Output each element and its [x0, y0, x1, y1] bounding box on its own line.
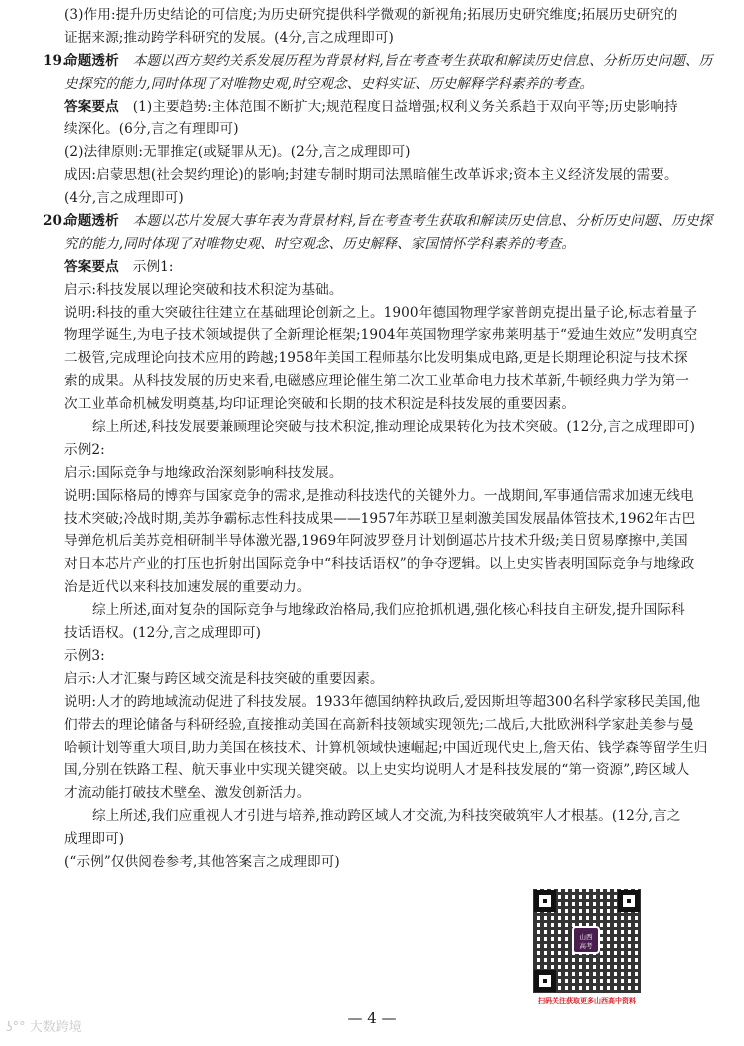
text-line: 治是近代以来科技加速发展的重要动力。 — [64, 576, 704, 599]
line-text: 示例2: — [64, 442, 105, 458]
qr-logo-line1: 山西 — [574, 933, 598, 942]
text-line: 成理即可) — [64, 828, 704, 851]
line-text: 哈顿计划等重大项目,助力美国在核技术、计算机领域快速崛起;中国近现代史上,詹天佑… — [64, 740, 707, 756]
qr-code[interactable]: 山西 高考 — [530, 886, 644, 996]
line-text: (“示例”仅供阅卷参考,其他答案言之成理即可) — [64, 854, 340, 870]
line-text: 对日本芯片产业的打压也折射出国际竞争中“科技话语权”的争夺逻辑。以上史实皆表明国… — [64, 556, 694, 572]
text-line: 成因:启蒙思想(社会契约理论)的影响;封建专制时期司法黑暗催生改革诉求;资本主义… — [64, 164, 704, 187]
line-text: (2)法律原则:无罪推定(或疑罪从无)。(2分,言之成理即可) — [64, 144, 411, 160]
line-text: 示例3: — [64, 648, 105, 664]
section-label: 命题透析 — [64, 213, 119, 229]
text-line: 启示:人才汇聚与跨区域交流是科技突破的重要因素。 — [64, 668, 704, 691]
line-text: 启示:科技发展以理论突破和技术积淀为基础。 — [64, 282, 343, 298]
section-label: 命题透析 — [64, 53, 119, 69]
line-text: 物理学诞生,为电子技术领域提供了全新理论框架;1904年英国物理学家弗莱明基于“… — [64, 327, 697, 343]
text-line: 19.命题透析本题以西方契约关系发展历程为背景材料,旨在考查考生获取和解读历史信… — [64, 50, 704, 73]
line-text: 说明:人才的跨地域流动促进了科技发展。1933年德国纳粹执政后,爱因斯坦等超30… — [64, 694, 700, 710]
text-line: 次工业革命机械发明奠基,均印证理论突破和长期的技术积淀是科技发展的重要因素。 — [64, 393, 704, 416]
text-line: (2)法律原则:无罪推定(或疑罪从无)。(2分,言之成理即可) — [64, 141, 704, 164]
line-text: 技话语权。(12分,言之成理即可) — [64, 625, 261, 641]
section-label: 答案要点 — [64, 259, 119, 275]
qr-caption: 扫码关注获取更多山西高中资料 — [526, 996, 648, 1006]
text-line: (3)作用:提升历史结论的可信度;为历史研究提供科学微观的新视角;拓展历史研究维… — [64, 4, 704, 27]
line-text: (3)作用:提升历史结论的可信度;为历史研究提供科学微观的新视角;拓展历史研究维… — [64, 7, 677, 23]
text-line: 说明:科技的重大突破往往建立在基础理论创新之上。1900年德国物理学家普朗克提出… — [64, 302, 704, 325]
qr-finder-bottom-left — [534, 970, 556, 992]
text-line: 20.命题透析本题以芯片发展大事年表为背景材料,旨在考查考生获取和解读历史信息、… — [64, 210, 704, 233]
text-line: 索的成果。从科技发展的历史来看,电磁感应理论催生第二次工业革命电力技术革新,牛顿… — [64, 370, 704, 393]
line-text: 启示:国际竞争与地缘政治深刻影响科技发展。 — [64, 465, 343, 481]
line-text: 综上所述,面对复杂的国际竞争与地缘政治格局,我们应抢抓机遇,强化核心科技自主研发… — [92, 602, 685, 618]
text-line: (4分,言之成理即可) — [64, 187, 704, 210]
line-text: 导弹危机后美苏竞相研制半导体激光器,1969年阿波罗登月计划倒逼芯片技术升级;美… — [64, 533, 688, 549]
text-line: 综上所述,面对复杂的国际竞争与地缘政治格局,我们应抢抓机遇,强化核心科技自主研发… — [64, 599, 704, 622]
line-text: 综上所述,科技发展要兼顾理论突破与技术积淀,推动理论成果转化为技术突破。(12分… — [92, 419, 695, 435]
line-text: 续深化。(6分,言之有理即可) — [64, 121, 239, 137]
line-text: 说明:科技的重大突破往往建立在基础理论创新之上。1900年德国物理学家普朗克提出… — [64, 305, 697, 321]
text-line: 技术突破;冷战时期,美苏争霸标志性科技成果——1957年苏联卫星刺激美国发展晶体… — [64, 508, 704, 531]
text-line: 续深化。(6分,言之有理即可) — [64, 118, 704, 141]
exam-answer-page: (3)作用:提升历史结论的可信度;为历史研究提供科学微观的新视角;拓展历史研究维… — [0, 0, 744, 1046]
text-line: 史探究的能力,同时体现了对唯物史观,时空观念、史料实证、历史解释学科素养的考查。 — [64, 73, 704, 96]
text-line: 物理学诞生,为电子技术领域提供了全新理论框架;1904年英国物理学家弗莱明基于“… — [64, 324, 704, 347]
text-line: 说明:国际格局的博弈与国家竞争的需求,是推动科技迭代的关键外力。一战期间,军事通… — [64, 485, 704, 508]
line-text: (4分,言之成理即可) — [64, 190, 184, 206]
text-line: 对日本芯片产业的打压也折射出国际竞争中“科技话语权”的争夺逻辑。以上史实皆表明国… — [64, 553, 704, 576]
text-line: 综上所述,科技发展要兼顾理论突破与技术积淀,推动理论成果转化为技术突破。(12分… — [64, 416, 704, 439]
text-line: 证据来源;推动跨学科研究的发展。(4分,言之成理即可) — [64, 27, 704, 50]
line-text: 成因:启蒙思想(社会契约理论)的影响;封建专制时期司法黑暗催生改革诉求;资本主义… — [64, 167, 678, 183]
line-text: 才流动能打破技术壁垒、激发创新活力。 — [64, 785, 311, 801]
line-text: 证据来源;推动跨学科研究的发展。(4分,言之成理即可) — [64, 30, 394, 46]
line-text: (1)主要趋势:主体范围不断扩大;规范程度日益增强;权利义务关系趋于双向平等;历… — [133, 99, 678, 115]
text-line: 综上所述,我们应重视人才引进与培养,推动跨区域人才交流,为科技突破筑牢人才根基。… — [64, 805, 704, 828]
qr-finder-top-right — [618, 890, 640, 912]
text-line: 们带去的理论储备与科研经验,直接推动美国在高新科技领域实现领先;二战后,大批欧洲… — [64, 714, 704, 737]
text-line: 导弹危机后美苏竞相研制半导体激光器,1969年阿波罗登月计划倒逼芯片技术升级;美… — [64, 530, 704, 553]
line-text: 治是近代以来科技加速发展的重要动力。 — [64, 579, 311, 595]
line-text: 国,分别在铁路工程、航天事业中实现关键突破。以上史实均说明人才是科技发展的“第一… — [64, 762, 689, 778]
watermark-logo: ʖ°° 大数跨境 — [6, 1016, 82, 1035]
text-line: 二极管,完成理论向技术应用的跨越;1958年美国工程师基尔比发明集成电路,更是长… — [64, 347, 704, 370]
watermark-text: 大数跨境 — [30, 1020, 82, 1035]
text-line: 示例3: — [64, 645, 704, 668]
text-line: 技话语权。(12分,言之成理即可) — [64, 622, 704, 645]
text-line: 启示:科技发展以理论突破和技术积淀为基础。 — [64, 279, 704, 302]
text-line: 答案要点示例1: — [64, 256, 704, 279]
watermark-icon: ʖ°° — [6, 1020, 26, 1035]
answer-content: (3)作用:提升历史结论的可信度;为历史研究提供科学微观的新视角;拓展历史研究维… — [64, 4, 704, 874]
line-text: 启示:人才汇聚与跨区域交流是科技突破的重要因素。 — [64, 671, 384, 687]
text-line: 才流动能打破技术壁垒、激发创新活力。 — [64, 782, 704, 805]
question-number: 20. — [43, 210, 67, 233]
text-line: 国,分别在铁路工程、航天事业中实现关键突破。以上史实均说明人才是科技发展的“第一… — [64, 759, 704, 782]
text-line: 答案要点(1)主要趋势:主体范围不断扩大;规范程度日益增强;权利义务关系趋于双向… — [64, 96, 704, 119]
line-text: 次工业革命机械发明奠基,均印证理论突破和长期的技术积淀是科技发展的重要因素。 — [64, 396, 575, 412]
line-text: 们带去的理论储备与科研经验,直接推动美国在高新科技领域实现领先;二战后,大批欧洲… — [64, 717, 694, 733]
line-text: 索的成果。从科技发展的历史来看,电磁感应理论催生第二次工业革命电力技术革新,牛顿… — [64, 373, 689, 389]
page-number: — 4 — — [0, 1009, 744, 1027]
question-number: 19. — [43, 50, 67, 73]
text-line: 哈顿计划等重大项目,助力美国在核技术、计算机领域快速崛起;中国近现代史上,詹天佑… — [64, 737, 704, 760]
line-text: 成理即可) — [64, 831, 124, 847]
line-text: 本题以芯片发展大事年表为背景材料,旨在考查考生获取和解读历史信息、分析历史问题、… — [133, 213, 713, 229]
line-text: 本题以西方契约关系发展历程为背景材料,旨在考查考生获取和解读历史信息、分析历史问… — [133, 53, 713, 69]
line-text: 示例1: — [133, 259, 174, 275]
line-text: 说明:国际格局的博弈与国家竞争的需求,是推动科技迭代的关键外力。一战期间,军事通… — [64, 488, 694, 504]
line-text: 二极管,完成理论向技术应用的跨越;1958年美国工程师基尔比发明集成电路,更是长… — [64, 350, 688, 366]
qr-logo-badge: 山西 高考 — [572, 926, 600, 954]
qr-logo-line2: 高考 — [574, 942, 598, 951]
text-line: 究的能力,同时体现了对唯物史观、时空观念、历史解释、家国情怀学科素养的考查。 — [64, 233, 704, 256]
line-text: 综上所述,我们应重视人才引进与培养,推动跨区域人才交流,为科技突破筑牢人才根基。… — [92, 808, 680, 824]
line-text: 技术突破;冷战时期,美苏争霸标志性科技成果——1957年苏联卫星刺激美国发展晶体… — [64, 511, 695, 527]
text-line: 启示:国际竞争与地缘政治深刻影响科技发展。 — [64, 462, 704, 485]
section-label: 答案要点 — [64, 99, 119, 115]
text-line: 说明:人才的跨地域流动促进了科技发展。1933年德国纳粹执政后,爱因斯坦等超30… — [64, 691, 704, 714]
line-text: 究的能力,同时体现了对唯物史观、时空观念、历史解释、家国情怀学科素养的考查。 — [64, 236, 575, 252]
text-line: 示例2: — [64, 439, 704, 462]
qr-finder-top-left — [534, 890, 556, 912]
text-line: (“示例”仅供阅卷参考,其他答案言之成理即可) — [64, 851, 704, 874]
line-text: 史探究的能力,同时体现了对唯物史观,时空观念、史料实证、历史解释学科素养的考查。 — [64, 76, 593, 92]
